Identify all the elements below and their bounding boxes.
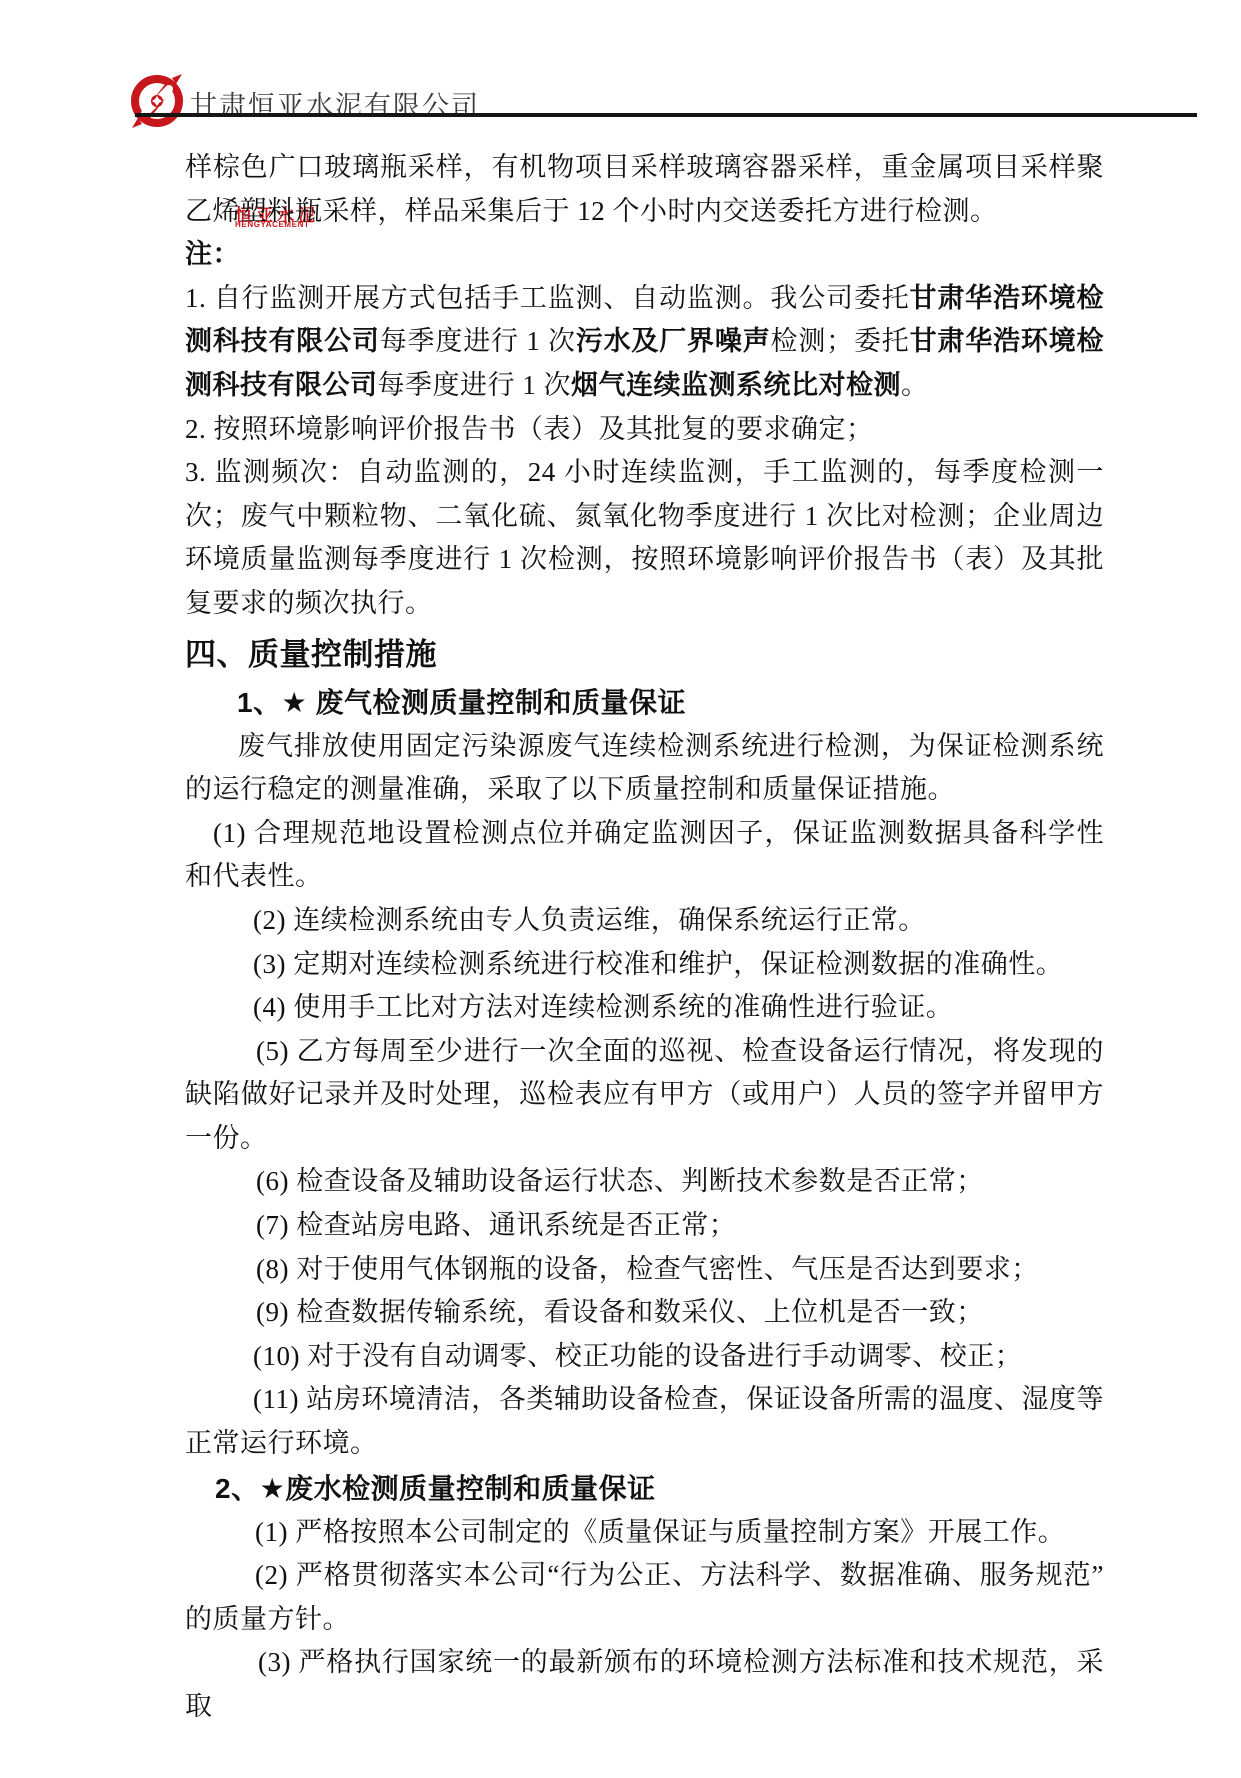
body-text: 样棕色广口玻璃瓶采样，有机物项目采样玻璃容器采样，重金属项目采样聚乙烯塑料瓶采样… <box>185 152 1104 226</box>
body-text: 废气排放使用固定污染源废气连续检测系统进行检测，为保证检测系统的运行稳定的测量准… <box>185 731 1104 805</box>
paragraph: (11) 站房环境清洁，各类辅助设备检查，保证设备所需的温度、湿度等正常运行环境… <box>185 1378 1104 1465</box>
paragraph: (3) 严格执行国家统一的最新颁布的环境检测方法标准和技术规范，采取 <box>185 1641 1104 1728</box>
paragraph: 样棕色广口玻璃瓶采样，有机物项目采样玻璃容器采样，重金属项目采样聚乙烯塑料瓶采样… <box>185 146 1104 233</box>
paragraph: (1) 严格按照本公司制定的《质量保证与质量控制方案》开展工作。 <box>185 1511 1104 1555</box>
paragraph: (3) 定期对连续检测系统进行校准和维护，保证检测数据的准确性。 <box>185 943 1104 987</box>
body-text: (9) 检查数据传输系统，看设备和数采仪、上位机是否一致； <box>256 1297 984 1327</box>
paragraph: (6) 检查设备及辅助设备运行状态、判断技术参数是否正常； <box>185 1160 1104 1204</box>
body-text: (2) 连续检测系统由专人负责运维，确保系统运行正常。 <box>253 905 926 935</box>
paragraph: (7) 检查站房电路、通讯系统是否正常； <box>185 1204 1104 1248</box>
body-text: (3) 定期对连续检测系统进行校准和维护，保证检测数据的准确性。 <box>253 949 1063 979</box>
paragraph: (2) 连续检测系统由专人负责运维，确保系统运行正常。 <box>185 899 1104 943</box>
paragraph: (8) 对于使用气体钢瓶的设备，检查气密性、气压是否达到要求； <box>185 1248 1104 1292</box>
company-name: 甘肃恒亚水泥有限公司 <box>190 84 480 123</box>
body-text: 3. 监测频次：自动监测的，24 小时连续监测，手工监测的，每季度检测一次；废气… <box>185 457 1104 618</box>
sub-heading: 2、★废水检测质量控制和质量保证 <box>185 1466 1104 1511</box>
body-text: (11) 站房环境清洁，各类辅助设备检查，保证设备所需的温度、湿度等正常运行环境… <box>185 1384 1104 1458</box>
body-text: (5) 乙方每周至少进行一次全面的巡视、检查设备运行情况，将发现的缺陷做好记录并… <box>185 1036 1104 1153</box>
body-text: (1) 严格按照本公司制定的《质量保证与质量控制方案》开展工作。 <box>255 1517 1065 1547</box>
emphasized-text: 污水及厂界噪声 <box>576 326 771 356</box>
emphasized-text: 注： <box>185 239 240 269</box>
company-logo: 恒亚水泥 HENGYACEMENT <box>126 72 192 130</box>
sub-heading: 1、★ 废气检测质量控制和质量保证 <box>185 680 1104 725</box>
body-text: 1. 自行监测开展方式包括手工监测、自动监测。我公司委托 <box>185 283 910 313</box>
section-heading: 四、质量控制措施 <box>185 630 1104 680</box>
document-page: 恒亚水泥 HENGYACEMENT 甘肃恒亚水泥有限公司 样棕色广口玻璃瓶采样，… <box>0 0 1241 1778</box>
body-text: (3) 严格执行国家统一的最新颁布的环境检测方法标准和技术规范，采取 <box>185 1647 1104 1721</box>
paragraph: 2. 按照环境影响评价报告书（表）及其批复的要求确定； <box>185 408 1104 452</box>
body-text: (6) 检查设备及辅助设备运行状态、判断技术参数是否正常； <box>256 1166 984 1196</box>
body-text: 每季度进行 1 次 <box>378 370 572 400</box>
body-text: (2) 严格贯彻落实本公司“行为公正、方法科学、数据准确、服务规范”的质量方针。 <box>185 1560 1104 1634</box>
emphasized-text: 四、质量控制措施 <box>185 637 437 672</box>
body-text: (10) 对于没有自动调零、校正功能的设备进行手动调零、校正； <box>253 1341 1022 1371</box>
emphasized-text: 2、★废水检测质量控制和质量保证 <box>215 1473 656 1504</box>
paragraph: 3. 监测频次：自动监测的，24 小时连续监测，手工监测的，每季度检测一次；废气… <box>185 451 1104 625</box>
paragraph: (1) 合理规范地设置检测点位并确定监测因子，保证监测数据具备科学性和代表性。 <box>185 812 1104 899</box>
paragraph: 1. 自行监测开展方式包括手工监测、自动监测。我公司委托甘肃华浩环境检测科技有限… <box>185 277 1104 408</box>
body-text: (1) 合理规范地设置检测点位并确定监测因子，保证监测数据具备科学性和代表性。 <box>185 818 1104 892</box>
body-text: 2. 按照环境影响评价报告书（表）及其批复的要求确定； <box>185 414 874 444</box>
logo-emblem-icon <box>126 72 192 130</box>
body-text: (4) 使用手工比对方法对连续检测系统的准确性进行验证。 <box>253 992 953 1022</box>
paragraph: (10) 对于没有自动调零、校正功能的设备进行手动调零、校正； <box>185 1335 1104 1379</box>
emphasized-text: 烟气连续监测系统比对检测 <box>571 370 901 400</box>
document-body: 样棕色广口玻璃瓶采样，有机物项目采样玻璃容器采样，重金属项目采样聚乙烯塑料瓶采样… <box>185 146 1104 1729</box>
paragraph: (4) 使用手工比对方法对连续检测系统的准确性进行验证。 <box>185 986 1104 1030</box>
paragraph: (2) 严格贯彻落实本公司“行为公正、方法科学、数据准确、服务规范”的质量方针。 <box>185 1554 1104 1641</box>
note-label: 注： <box>185 233 1104 277</box>
body-text: (8) 对于使用气体钢瓶的设备，检查气密性、气压是否达到要求； <box>256 1254 1039 1284</box>
body-text: 检测；委托 <box>771 326 910 356</box>
paragraph: 废气排放使用固定污染源废气连续检测系统进行检测，为保证检测系统的运行稳定的测量准… <box>185 725 1104 812</box>
body-text: 。 <box>901 370 929 400</box>
emphasized-text: 1、★ 废气检测质量控制和质量保证 <box>237 687 686 718</box>
body-text: 每季度进行 1 次 <box>380 326 576 356</box>
body-text: (7) 检查站房电路、通讯系统是否正常； <box>256 1210 736 1240</box>
header-divider <box>135 113 1197 117</box>
paragraph: (5) 乙方每周至少进行一次全面的巡视、检查设备运行情况，将发现的缺陷做好记录并… <box>185 1030 1104 1161</box>
paragraph: (9) 检查数据传输系统，看设备和数采仪、上位机是否一致； <box>185 1291 1104 1335</box>
